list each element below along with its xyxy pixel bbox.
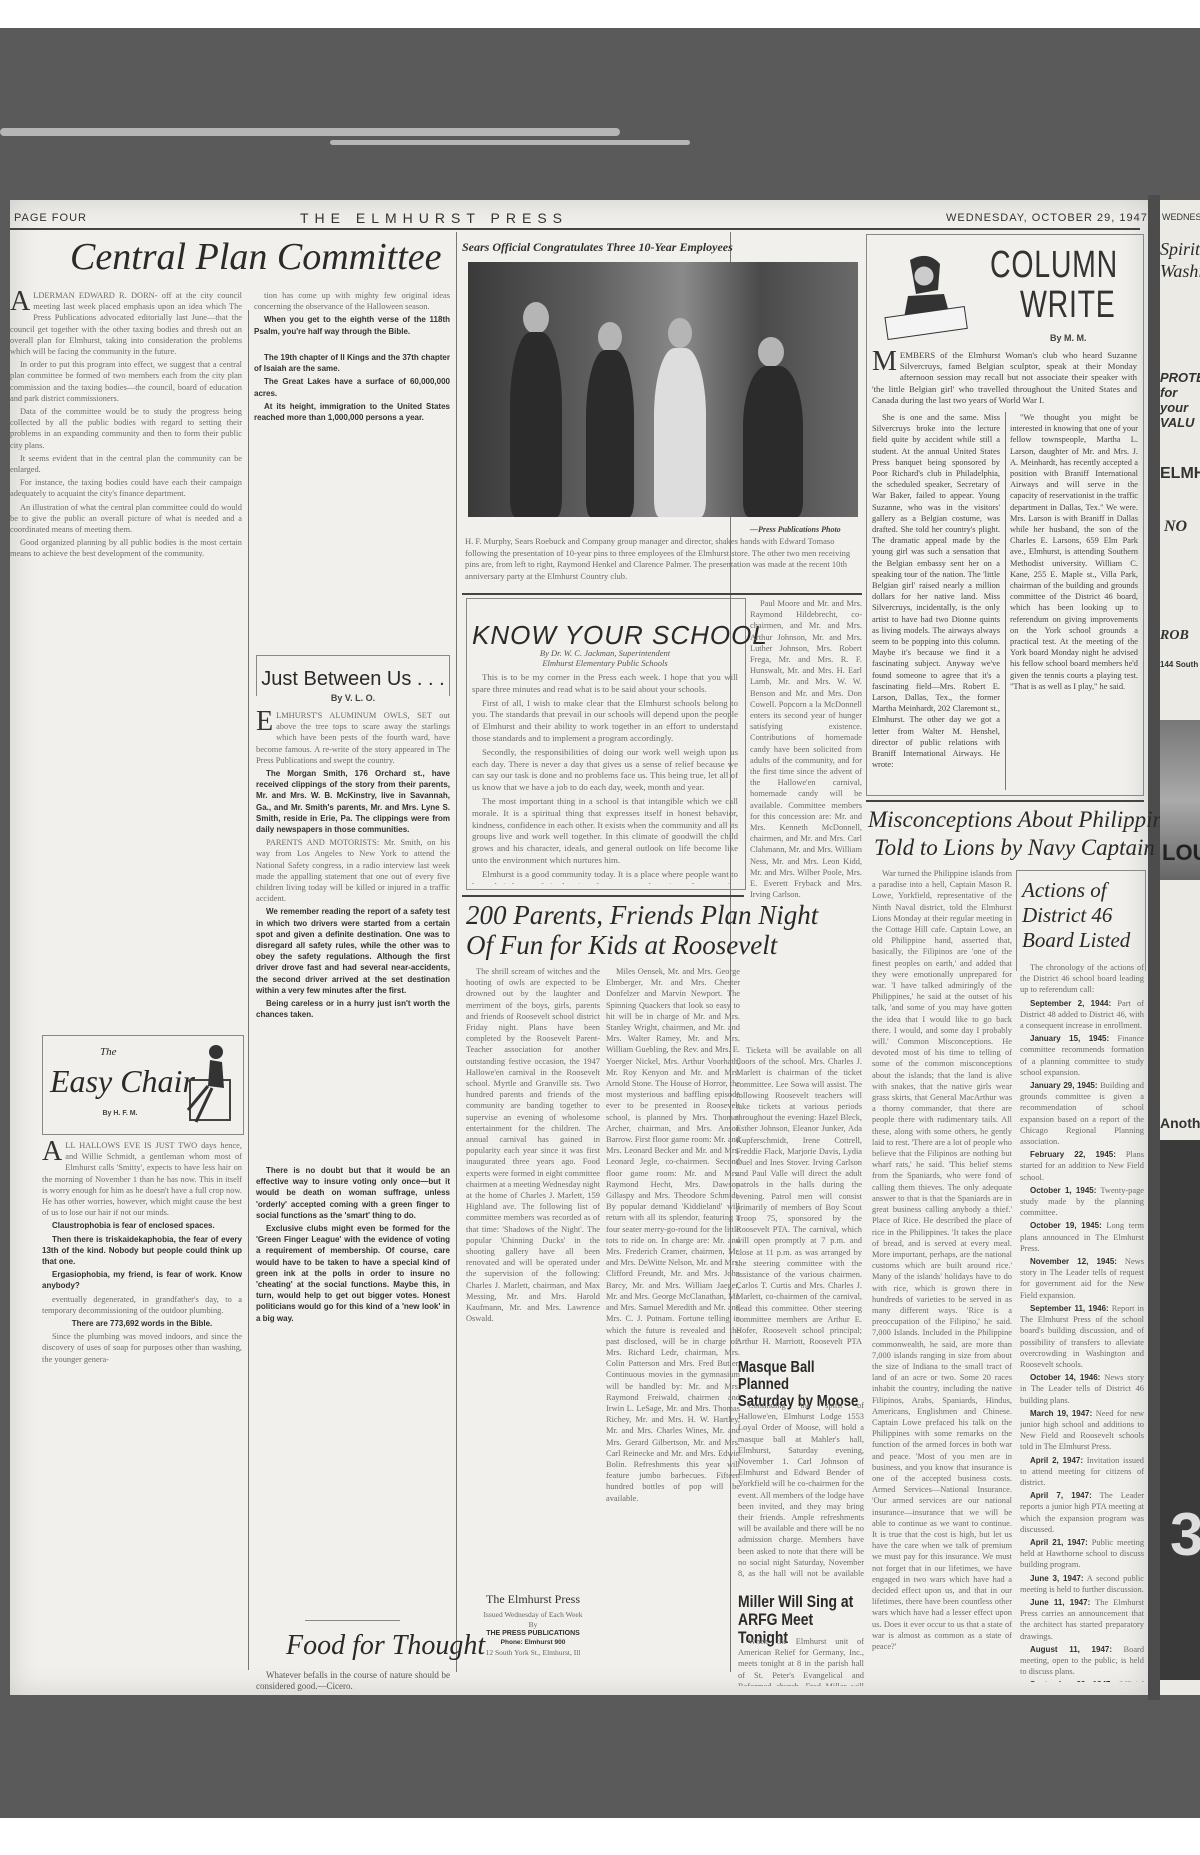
paragraph: First of all, I wish to make clear that … xyxy=(472,698,738,745)
press-box-phone: Phone: Elmhurst 900 xyxy=(466,1639,600,1646)
chronology-item: September 22, 1947: Official announcemen… xyxy=(1020,1679,1144,1682)
headline-line: District 46 xyxy=(1022,903,1130,928)
drop-cap: A xyxy=(42,1140,62,1164)
photo-credit: —Press Publications Photo xyxy=(750,525,841,534)
factoid: The Great Lakes have a surface of 60,000… xyxy=(254,376,450,398)
chronology-item: March 19, 1947: Need for new junior high… xyxy=(1020,1408,1144,1453)
paragraph: This is to be my corner in the Press eac… xyxy=(472,672,738,696)
paragraph: Continuing the spirit of Hallowe'en, Elm… xyxy=(738,1400,864,1580)
chronology-item: October 14, 1946: News story in The Lead… xyxy=(1020,1372,1144,1406)
masque-ball-article: Continuing the spirit of Hallowe'en, Elm… xyxy=(738,1400,864,1580)
miller-article: When the Elmhurst unit of American Relie… xyxy=(738,1636,864,1686)
food-for-thought-title: Food for Thought xyxy=(286,1632,485,1660)
factoid: Then there is triskaidekaphobia, the fea… xyxy=(42,1234,242,1268)
factoid: Exclusive clubs might even be formed for… xyxy=(256,1223,450,1324)
paragraph: PARENTS AND MOTORISTS: Mr. Smith, on his… xyxy=(256,837,450,904)
chronology-date: June 11, 1947: xyxy=(1030,1598,1090,1607)
chronology-item: November 12, 1945: News story in The Lea… xyxy=(1020,1256,1144,1301)
chronology-item: September 11, 1946: Report in The Elmhur… xyxy=(1020,1303,1144,1370)
paragraph: In order to put this program into effect… xyxy=(10,359,242,404)
adjacent-ad-block xyxy=(1160,1140,1200,1680)
scan-artifact xyxy=(330,140,690,145)
paragraph: Secondly, the responsibilities of doing … xyxy=(472,747,738,794)
paragraph: Good organized planning by all public bo… xyxy=(10,537,242,559)
pta-column: Ticketa will be available on all floors … xyxy=(736,1045,862,1345)
just-between-lead: LMHURST'S ALUMINUM OWLS, SET out above t… xyxy=(256,711,450,765)
sears-headline: Sears Official Congratulates Three 10-Ye… xyxy=(462,240,862,255)
headline-line: Actions of xyxy=(1022,878,1130,903)
divider xyxy=(462,895,744,897)
sears-photo xyxy=(468,262,858,517)
factoid: Claustrophobia is fear of enclosed space… xyxy=(42,1220,242,1231)
easy-chair-title: Easy Chair xyxy=(50,1065,195,1097)
chronology-item: June 11, 1947: The Elmhurst Press carrie… xyxy=(1020,1597,1144,1642)
paragraph: Data of the committee would be to study … xyxy=(10,406,242,451)
chronology-text: Building and grounds committee is given … xyxy=(1020,1081,1144,1146)
factoid: At its height, immigration to the United… xyxy=(254,401,450,423)
district46-headline: Actions of District 46 Board Listed xyxy=(1022,878,1130,953)
roosevelt-col-2: Miles Oensek, Mr. and Mrs. George Elmber… xyxy=(606,966,740,1666)
factoid: There is no doubt but that it would be a… xyxy=(256,1165,450,1221)
adjacent-ad-lou: LOU xyxy=(1162,840,1200,866)
paragraph: War turned the Philippine islands from a… xyxy=(872,868,1012,1652)
chronology-item: August 11, 1947: Board meeting, open to … xyxy=(1020,1644,1144,1678)
factoid: When you get to the eighth verse of the … xyxy=(254,314,450,336)
photo-figure xyxy=(523,302,549,334)
drop-cap: E xyxy=(256,710,273,734)
chronology-date: September 11, 1946: xyxy=(1030,1304,1109,1313)
know-school-title: KNOW YOUR SCHOOL xyxy=(472,620,768,651)
chronology-date: January 29, 1945: xyxy=(1030,1081,1098,1090)
philippines-headline-2: Told to Lions by Navy Captain xyxy=(874,836,1155,859)
press-box-org: THE PRESS PUBLICATIONS xyxy=(466,1630,600,1637)
paragraph: The most important thing in a school is … xyxy=(472,796,738,867)
chronology-item: April 2, 1947: Invitation issued to atte… xyxy=(1020,1455,1144,1489)
headline-line: Board Listed xyxy=(1022,928,1130,953)
divider xyxy=(866,800,1144,802)
paragraph: It seems evident that in the central pla… xyxy=(10,453,242,475)
just-between-byline: By V. L. O. xyxy=(260,693,446,703)
adjacent-page: WEDNESDA Spirit of Washington PROTECT fo… xyxy=(1160,200,1200,1695)
press-box-issued: Issued Wednesday of Each Week xyxy=(466,1610,600,1619)
adjacent-ad-another: Another xyxy=(1160,1115,1200,1131)
paragraph: For instance, the taxing bodies could ha… xyxy=(10,477,242,499)
factoid: The 19th chapter of II Kings and the 37t… xyxy=(254,352,450,374)
chronology-list: September 2, 1944: Part of District 48 a… xyxy=(1020,998,1144,1682)
roosevelt-col-1: The shrill scream of witches and the hoo… xyxy=(466,966,600,1576)
issue-date: WEDNESDAY, OCTOBER 29, 1947 xyxy=(946,212,1148,224)
masthead: THE ELMHURST PRESS xyxy=(300,210,568,226)
chronology-date: October 1, 1945: xyxy=(1030,1186,1096,1195)
factoid: There are 773,692 words in the Bible. xyxy=(42,1318,242,1329)
woman-writer-illustration-icon xyxy=(880,250,975,340)
column-write-title-1: COLUMN xyxy=(990,244,1118,287)
chronology-text: Report in The Elmhurst Press of the scho… xyxy=(1020,1304,1144,1369)
chronology-date: November 12, 1945: xyxy=(1030,1257,1117,1266)
factoid: The Morgan Smith, 176 Orchard st., have … xyxy=(256,768,450,835)
headline-line: Miller Will Sing at xyxy=(738,1593,861,1611)
photo-figure xyxy=(654,348,706,517)
photo-figure xyxy=(510,332,562,517)
chronology-date: April 2, 1947: xyxy=(1030,1456,1083,1465)
philippines-headline-1: Misconceptions About Philippines xyxy=(868,808,1183,831)
column-write-col-2: "We thought you might be interested in k… xyxy=(1010,412,1138,790)
divider xyxy=(462,593,862,595)
easy-chair-lead: LL HALLOWS EVE IS JUST TWO days hence, a… xyxy=(42,1141,242,1217)
factoid: We remember reading the report of a safe… xyxy=(256,906,450,996)
quote-text: Whatever befalls in the course of nature… xyxy=(256,1670,450,1692)
byline-line: Elmhurst Elementary Public Schools xyxy=(466,658,744,668)
sears-caption: H. F. Murphy, Sears Roebuck and Company … xyxy=(465,536,860,582)
chronology-item: October 19, 1945: Long term plans announ… xyxy=(1020,1220,1144,1254)
lead-text: EMBERS of the Elmhurst Woman's club who … xyxy=(872,350,1137,405)
headline-line: Masque Ball Planned xyxy=(738,1360,861,1394)
adjacent-ad-no: NO xyxy=(1164,518,1187,536)
central-plan-headline: Central Plan Committee xyxy=(70,238,442,276)
chronology-date: October 14, 1946: xyxy=(1030,1373,1100,1382)
easy-chair-byline: By H. F. M. xyxy=(80,1110,160,1117)
newspaper-page: PAGE FOUR THE ELMHURST PRESS WEDNESDAY, … xyxy=(10,200,1148,1695)
chronology-item: October 1, 1945: Twenty-page study made … xyxy=(1020,1185,1144,1219)
photo-figure xyxy=(598,322,622,352)
easy-chair-article: ALL HALLOWS EVE IS JUST TWO days hence, … xyxy=(42,1140,242,1680)
column-write-title-2: WRITE xyxy=(1020,284,1116,327)
paragraph: Miles Oensek, Mr. and Mrs. George Elmber… xyxy=(606,966,740,1504)
column-write-lead: MEMBERS of the Elmhurst Woman's club who… xyxy=(872,350,1137,410)
chronology-date: January 15, 1945: xyxy=(1030,1034,1109,1043)
column-rule xyxy=(456,232,457,1672)
armchair-illustration-icon xyxy=(178,1040,240,1130)
chronology-date: April 7, 1947: xyxy=(1030,1491,1092,1500)
paragraph: An illustration of what the central plan… xyxy=(10,502,242,536)
carnival-committees-col: Paul Moore and Mr. and Mrs. Raymond Hild… xyxy=(750,598,862,1038)
chronology-date: September 2, 1944: xyxy=(1030,999,1111,1008)
just-between-title: Just Between Us . . . xyxy=(260,668,446,691)
factoid: Ergasiophobia, my friend, is fear of wor… xyxy=(42,1269,242,1291)
paragraph: Ticketa will be available on all floors … xyxy=(736,1045,862,1345)
chronology-date: October 19, 1945: xyxy=(1030,1221,1102,1230)
press-box-by: By xyxy=(466,1620,600,1629)
scan-artifact xyxy=(0,128,620,136)
factoid: Being careless or in a hurry just isn't … xyxy=(256,998,450,1020)
drop-cap: M xyxy=(872,350,897,374)
page-number: PAGE FOUR xyxy=(14,212,87,224)
paragraph: She is one and the same. Miss Silvercruy… xyxy=(872,412,1000,771)
adjacent-ad-protect: PROTECT for your VALU xyxy=(1160,370,1200,460)
adjacent-ad-elmhurst: ELMHURST xyxy=(1160,465,1200,483)
paragraph: Since the plumbing was moved indoors, an… xyxy=(42,1331,242,1365)
photo-figure xyxy=(758,337,784,367)
column-write-col-1: She is one and the same. Miss Silvercruy… xyxy=(872,412,1000,790)
chronology-item: June 3, 1947: A second public meeting is… xyxy=(1020,1573,1144,1595)
paragraph: Paul Moore and Mr. and Mrs. Raymond Hild… xyxy=(750,598,862,900)
roosevelt-headline-2: Of Fun for Kids at Roosevelt xyxy=(466,932,777,959)
food-for-thought-quote: Whatever befalls in the course of nature… xyxy=(256,1670,450,1694)
chronology-item: April 21, 1947: Public meeting held at H… xyxy=(1020,1537,1144,1571)
photo-figure xyxy=(743,366,803,517)
adjacent-ad-address: 144 South Y xyxy=(1160,660,1200,669)
continued-column: tion has come up with mighty few origina… xyxy=(254,290,450,630)
paragraph: The shrill scream of witches and the hoo… xyxy=(466,966,600,1325)
chronology-date: March 19, 1947: xyxy=(1030,1409,1092,1418)
paragraph: tion has come up with mighty few origina… xyxy=(254,290,450,312)
paragraph: Elmhurst is a good community today. It i… xyxy=(472,869,738,884)
column-rule xyxy=(1005,412,1006,790)
just-between-article: ELMHURST'S ALUMINUM OWLS, SET out above … xyxy=(256,710,450,1160)
chronology-date: August 11, 1947: xyxy=(1030,1645,1112,1654)
easy-chair-the: The xyxy=(100,1047,117,1058)
paragraph: eventually degenerated, in grandfather's… xyxy=(42,1294,242,1316)
chronology-date: September 22, 1947: xyxy=(1030,1680,1113,1682)
paragraph: "We thought you might be interested in k… xyxy=(1010,412,1138,692)
byline-line: By Dr. W. C. Jackman, Superintendent xyxy=(466,648,744,658)
philippines-article: War turned the Philippine islands from a… xyxy=(872,868,1012,1680)
district46-chronology: The chronology of the actions of the Dis… xyxy=(1020,962,1144,1682)
adjacent-ad-number: 3 xyxy=(1170,1500,1200,1569)
adjacent-ad-rob: ROB xyxy=(1160,628,1189,644)
chronology-date: February 22, 1945: xyxy=(1030,1150,1116,1159)
drop-cap: A xyxy=(10,290,30,314)
column-rule xyxy=(248,310,249,1670)
header-rule xyxy=(10,228,1140,230)
press-box-title: The Elmhurst Press xyxy=(466,1592,600,1607)
column-write-byline: By M. M. xyxy=(1050,333,1087,343)
divider xyxy=(305,1620,400,1621)
chronology-item: January 15, 1945: Finance committee reco… xyxy=(1020,1033,1144,1078)
photo-figure xyxy=(586,350,634,517)
page-gutter xyxy=(1148,195,1160,1700)
know-school-byline: By Dr. W. C. Jackman, Superintendent Elm… xyxy=(466,648,744,668)
know-school-article: This is to be my corner in the Press eac… xyxy=(472,672,738,884)
roosevelt-headline-1: 200 Parents, Friends Plan Night xyxy=(466,902,818,929)
chronology-item: January 29, 1945: Building and grounds c… xyxy=(1020,1080,1144,1147)
paragraph: When the Elmhurst unit of American Relie… xyxy=(738,1636,864,1686)
chronology-item: September 2, 1944: Part of District 48 a… xyxy=(1020,998,1144,1032)
safety-column: There is no doubt but that it would be a… xyxy=(256,1165,450,1615)
photo-figure xyxy=(668,318,692,348)
intro-text: The chronology of the actions of the Dis… xyxy=(1020,962,1144,996)
chronology-date: June 3, 1947: xyxy=(1030,1574,1084,1583)
press-box-address: 12 South York St., Elmhurst, Ill xyxy=(466,1648,600,1657)
chronology-item: February 22, 1945: Plans started for an … xyxy=(1020,1149,1144,1183)
adjacent-date: WEDNESDA xyxy=(1162,212,1200,222)
paragraph xyxy=(254,339,450,350)
adjacent-headline: Spirit of Washington xyxy=(1160,238,1200,282)
chronology-date: April 21, 1947: xyxy=(1030,1538,1088,1547)
central-plan-lead: LDERMAN EDWARD R. DORN- off at the city … xyxy=(10,291,242,356)
chronology-item: April 7, 1947: The Leader reports a juni… xyxy=(1020,1490,1144,1535)
